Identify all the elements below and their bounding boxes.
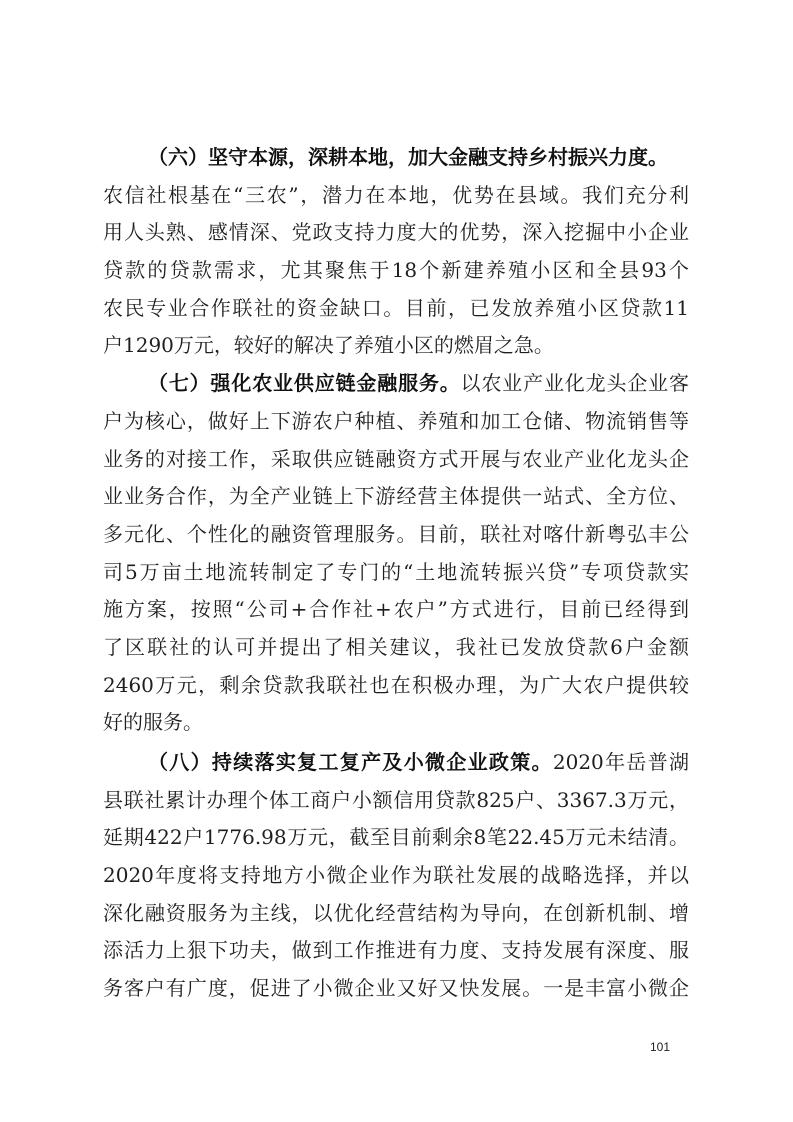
paragraph-line: 2020年度将支持地方小微企业作为联社发展的战略选择，并以 bbox=[103, 857, 689, 895]
paragraph-line: 用人头熟、感情深、党政支持力度大的优势，深入挖掘中小企业 bbox=[103, 214, 689, 252]
document-body: （六）坚守本源，深耕本地，加大金融支持乡村振兴力度。 农信社根基在“三农”，潜力… bbox=[103, 139, 689, 1008]
paragraph-line: 2460万元，剩余贷款我联社也在积极办理，为广大农户提供较 bbox=[103, 667, 689, 705]
heading-tail-text: 以农业产业化龙头企业客 bbox=[461, 371, 689, 395]
section-heading-six: （六）坚守本源，深耕本地，加大金融支持乡村振兴力度。 bbox=[103, 139, 689, 177]
paragraph-line: 户为核心，做好上下游农户种植、养殖和加工仓储、物流销售等 bbox=[103, 403, 689, 441]
paragraph-line: 业务的对接工作，采取供应链融资方式开展与农业产业化龙头企 bbox=[103, 441, 689, 479]
paragraph-line: 深化融资服务为主线，以优化经营结构为导向，在创新机制、增 bbox=[103, 895, 689, 933]
paragraph-line: 了区联社的认可并提出了相关建议，我社已发放贷款6户金额 bbox=[103, 629, 689, 667]
heading-text: （六）坚守本源，深耕本地，加大金融支持乡村振兴力度。 bbox=[148, 145, 668, 169]
paragraph-line: 施方案，按照“公司+合作社+农户”方式进行，目前已经得到 bbox=[103, 591, 689, 629]
paragraph-line: 县联社累计办理个体工商户小额信用贷款825户、3367.3万元， bbox=[103, 782, 689, 820]
paragraph-line: 添活力上狠下功夫，做到工作推进有力度、支持发展有深度、服 bbox=[103, 932, 689, 970]
paragraph-line: 贷款的贷款需求，尤其聚焦于18个新建养殖小区和全县93个 bbox=[103, 252, 689, 290]
page-number: 101 bbox=[640, 1040, 680, 1054]
heading-text: （八）持续落实复工复产及小微企业政策。 bbox=[148, 750, 553, 774]
section-heading-seven: （七）强化农业供应链金融服务。以农业产业化龙头企业客 bbox=[103, 365, 689, 403]
paragraph-line: 农民专业合作联社的资金缺口。目前，已发放养殖小区贷款11 bbox=[103, 290, 689, 328]
heading-text: （七）强化农业供应链金融服务。 bbox=[148, 371, 461, 395]
heading-tail-text: 2020年岳普湖 bbox=[553, 750, 689, 774]
paragraph-line: 务客户有广度，促进了小微企业又好又快发展。一是丰富小微企 bbox=[103, 970, 689, 1008]
paragraph-line: 户1290万元，较好的解决了养殖小区的燃眉之急。 bbox=[103, 327, 689, 365]
paragraph-line: 农信社根基在“三农”，潜力在本地，优势在县域。我们充分利 bbox=[103, 177, 689, 215]
paragraph-line: 延期422户1776.98万元，截至目前剩余8笔22.45万元未结清。 bbox=[103, 819, 689, 857]
paragraph-line: 多元化、个性化的融资管理服务。目前，联社对喀什新粤弘丰公 bbox=[103, 516, 689, 554]
paragraph-line: 司5万亩土地流转制定了专门的“土地流转振兴贷”专项贷款实 bbox=[103, 554, 689, 592]
document-page: （六）坚守本源，深耕本地，加大金融支持乡村振兴力度。 农信社根基在“三农”，潜力… bbox=[0, 0, 793, 1122]
paragraph-line: 业业务合作，为全产业链上下游经营主体提供一站式、全方位、 bbox=[103, 478, 689, 516]
paragraph-line: 好的服务。 bbox=[103, 704, 689, 742]
section-heading-eight: （八）持续落实复工复产及小微企业政策。2020年岳普湖 bbox=[103, 744, 689, 782]
